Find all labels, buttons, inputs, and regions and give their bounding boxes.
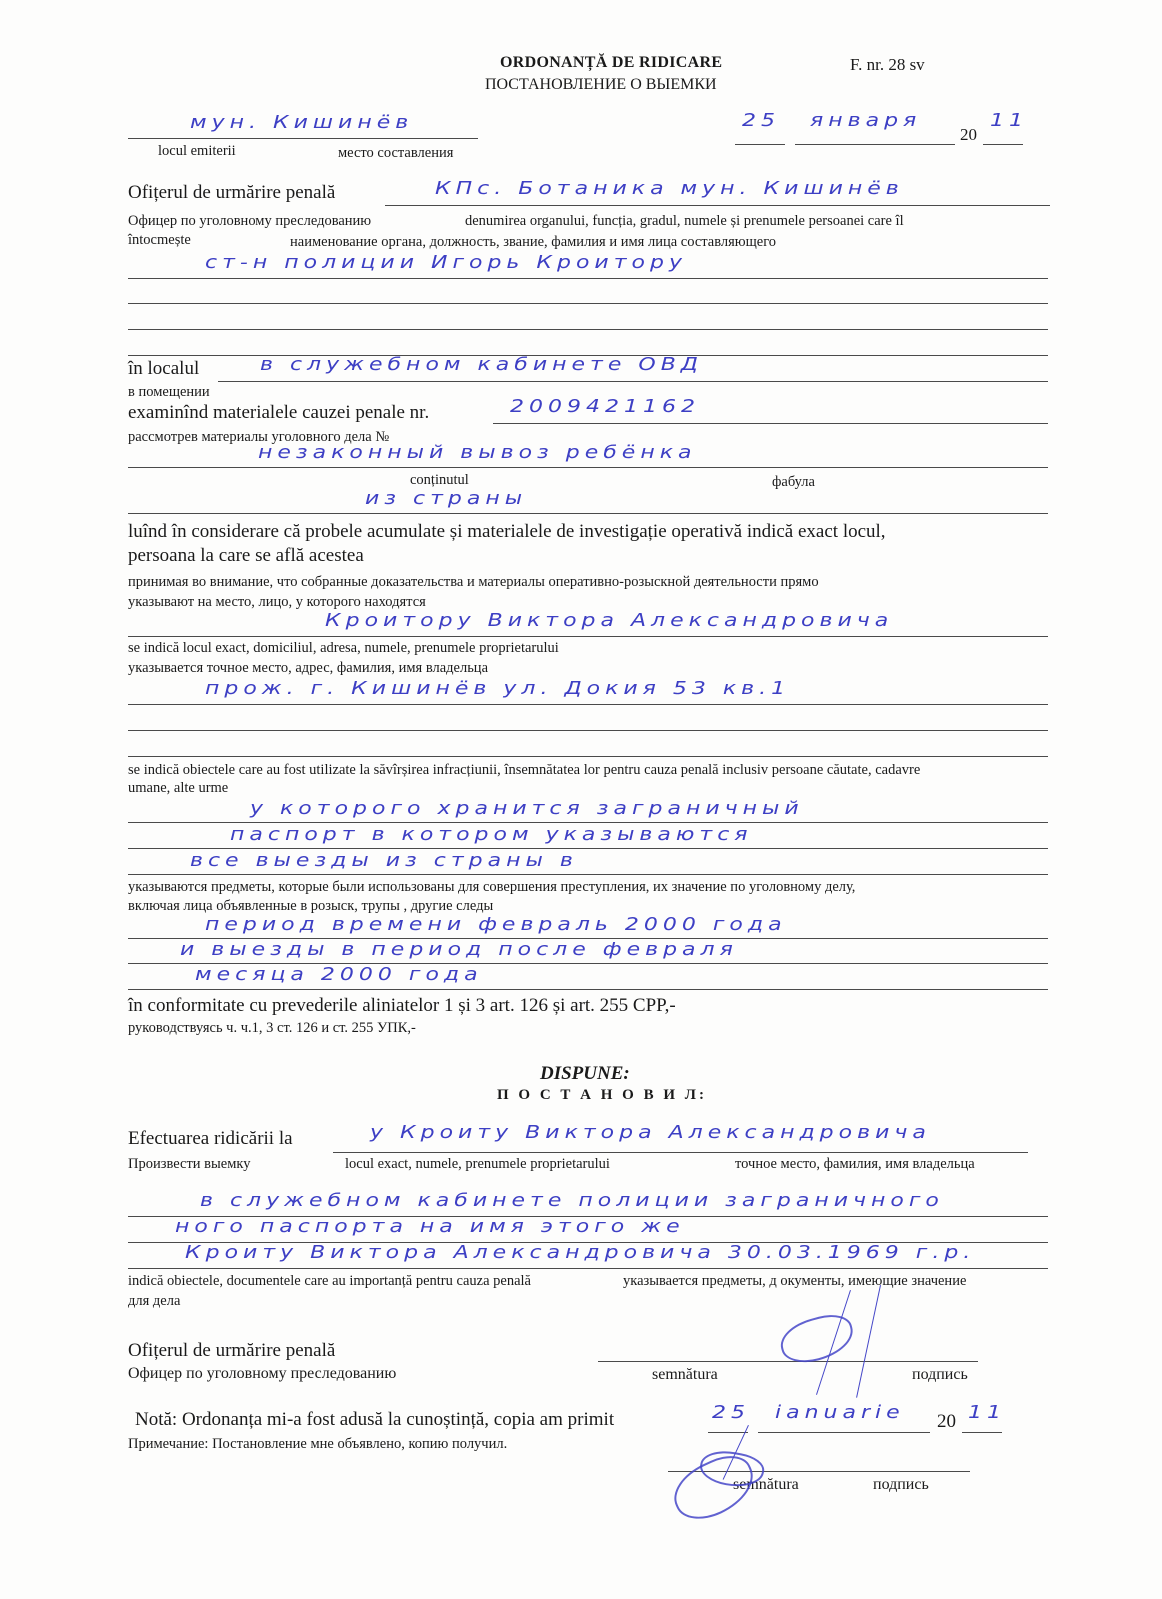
period-line-1: период времени февраль 2000 года	[205, 915, 787, 936]
officer-line-4	[128, 329, 1048, 330]
decision-objects-hint: indică obiectele, documentele care au im…	[128, 1273, 531, 1290]
decision-line-2: ного паспорта на имя этого же	[175, 1217, 685, 1238]
note-year-line	[962, 1432, 1002, 1433]
objects-hint-ru-2: включая лица объявленные в розыск, трупы…	[128, 898, 493, 915]
decision-hint-ru: точное место, фамилия, имя владельца	[735, 1156, 975, 1173]
note-day-handwritten: 25	[712, 1403, 750, 1424]
place-label-ru: место составления	[338, 145, 453, 162]
officer-name-handwritten: ст-н полиции Игорь Кроитору	[205, 253, 687, 274]
decision-line-1: в служебном кабинете полиции заграничног…	[200, 1191, 944, 1212]
note-year-prefix: 20	[937, 1411, 956, 1433]
objects-hint-ru: указываются предметы, которые были испол…	[128, 879, 855, 896]
officer-line-2	[128, 278, 1048, 279]
considering-text-2: persoana la care se află acestea	[128, 545, 364, 567]
decision-owner-line	[333, 1152, 1028, 1153]
document-title-ru: ПОСТАНОВЛЕНИЕ О ВЫЕМКИ	[485, 76, 717, 94]
decision-line-3: Кроиту Виктора Александровича 30.03.1969…	[185, 1243, 975, 1264]
case-content-line	[128, 467, 1048, 468]
owner-hint: se indică locul exact, domiciliul, adres…	[128, 640, 559, 657]
legal-basis-ru: руководствуясь ч. ч.1, 3 ст. 126 и ст. 2…	[128, 1020, 416, 1037]
decision-heading: DISPUNE:	[540, 1063, 630, 1085]
date-month-line	[795, 144, 955, 145]
case-number-line	[493, 423, 1048, 424]
officer-signature-sublabel: semnătura	[652, 1366, 718, 1384]
officer-signature-sublabel-ru: подпись	[912, 1366, 968, 1384]
note-day-line	[708, 1432, 748, 1433]
date-year-line	[983, 144, 1023, 145]
location-label: în localul	[128, 358, 199, 380]
period-line-2: и выезды в период после февраля	[180, 940, 738, 961]
date-day-line	[735, 144, 785, 145]
case-content-handwritten-2: из страны	[365, 489, 527, 510]
officer-signature-scribble	[776, 1309, 858, 1369]
note-text-ru: Примечание: Постановление мне объявлено,…	[128, 1436, 507, 1453]
officer-handwritten: КПс. Ботаника мун. Кишинёв	[435, 179, 904, 200]
date-month-handwritten: января	[810, 111, 921, 132]
officer-signature-label: Ofițerul de urmărire penală	[128, 1340, 335, 1362]
address-line-3	[128, 756, 1048, 757]
case-content-label-ru: фабула	[772, 474, 815, 491]
considering-text: luînd în considerare că probele acumulat…	[128, 521, 886, 543]
address-line-2	[128, 730, 1048, 731]
note-year-handwritten: 11	[968, 1403, 1006, 1424]
decision-heading-ru: П О С Т А Н О В И Л:	[497, 1087, 707, 1104]
period-line-3: месяца 2000 года	[195, 965, 483, 986]
officer-hint-cont: întocmește	[128, 232, 191, 249]
officer-hint: denumirea organului, funcția, gradul, nu…	[465, 213, 904, 230]
decision-label: Efectuarea ridicării la	[128, 1128, 293, 1150]
place-handwritten: мун. Кишинёв	[190, 113, 413, 134]
decision-label-ru: Произвести выемку	[128, 1156, 250, 1173]
date-day-handwritten: 25	[742, 111, 780, 132]
objects-hint: se indică obiectele care au fost utiliza…	[128, 762, 920, 779]
objects-rule-1	[128, 822, 1048, 823]
decision-hint: locul exact, numele, prenumele proprieta…	[345, 1156, 610, 1173]
legal-basis: în conformitate cu prevederile aliniatel…	[128, 995, 676, 1017]
decision-objects-hint-ru: указывается предметы, д окументы, имеющи…	[623, 1273, 966, 1290]
officer-signature-stroke-2	[856, 1285, 881, 1398]
officer-line-3	[128, 303, 1048, 304]
officer-signature-line	[598, 1361, 978, 1362]
objects-line-1: у которого хранится заграничный	[250, 799, 804, 820]
officer-label: Ofițerul de urmărire penală	[128, 182, 335, 204]
period-rule-3	[128, 989, 1048, 990]
location-handwritten: в служебном кабинете ОВД	[260, 355, 703, 376]
case-content-handwritten: незаконный вывоз ребёнка	[258, 443, 696, 464]
owner-handwritten: Кроитору Виктора Александровича	[325, 611, 893, 632]
owner-line	[128, 636, 1048, 637]
officer-signature-label-ru: Офицер по уголовному преследованию	[128, 1365, 396, 1383]
document-title: ORDONANȚĂ DE RIDICARE	[500, 54, 722, 72]
officer-label-ru: Офицер по уголовному преследованию	[128, 213, 371, 230]
considering-text-ru-2: указывают на место, лицо, у которого нах…	[128, 594, 426, 611]
owner-hint-ru: указывается точное место, адрес, фамилия…	[128, 660, 488, 677]
officer-line	[385, 205, 1050, 206]
place-line	[128, 138, 478, 139]
place-label: locul emiterii	[158, 143, 236, 160]
officer-hint-ru: наименование органа, должность, звание, …	[290, 234, 776, 251]
case-number-handwritten: 2009421162	[510, 397, 700, 418]
decision-objects-hint-ru-2: для дела	[128, 1293, 180, 1310]
objects-rule-2	[128, 848, 1048, 849]
case-label: examinînd materialele cauzei penale nr.	[128, 402, 429, 424]
note-signature-label-ru: подпись	[873, 1476, 929, 1494]
address-line	[128, 704, 1048, 705]
note-month-line	[758, 1432, 930, 1433]
objects-line-2: паспорт в котором указываются	[230, 825, 753, 846]
objects-hint-2: umane, alte urme	[128, 780, 228, 797]
address-handwritten: прож. г. Кишинёв ул. Докия 53 кв.1	[205, 679, 790, 700]
date-year-handwritten: 11	[990, 111, 1028, 132]
location-label-ru: в помещении	[128, 384, 210, 401]
form-number: F. nr. 28 sv	[850, 55, 925, 75]
decision-rule-3	[128, 1268, 1048, 1269]
considering-text-ru: принимая во внимание, что собранные дока…	[128, 574, 819, 591]
location-line	[218, 381, 1048, 382]
objects-line-3: все выезды из страны в	[190, 851, 578, 872]
case-content-label: conținutul	[410, 472, 469, 489]
note-month-handwritten: ianuarie	[775, 1403, 905, 1424]
decision-owner-handwritten: у Кроиту Виктора Александровича	[370, 1123, 931, 1144]
objects-rule-3	[128, 874, 1048, 875]
case-content-line-2	[128, 513, 1048, 514]
date-year-prefix: 20	[960, 125, 977, 145]
note-text: Notă: Ordonanța mi-a fost adusă la cunoș…	[135, 1409, 614, 1431]
